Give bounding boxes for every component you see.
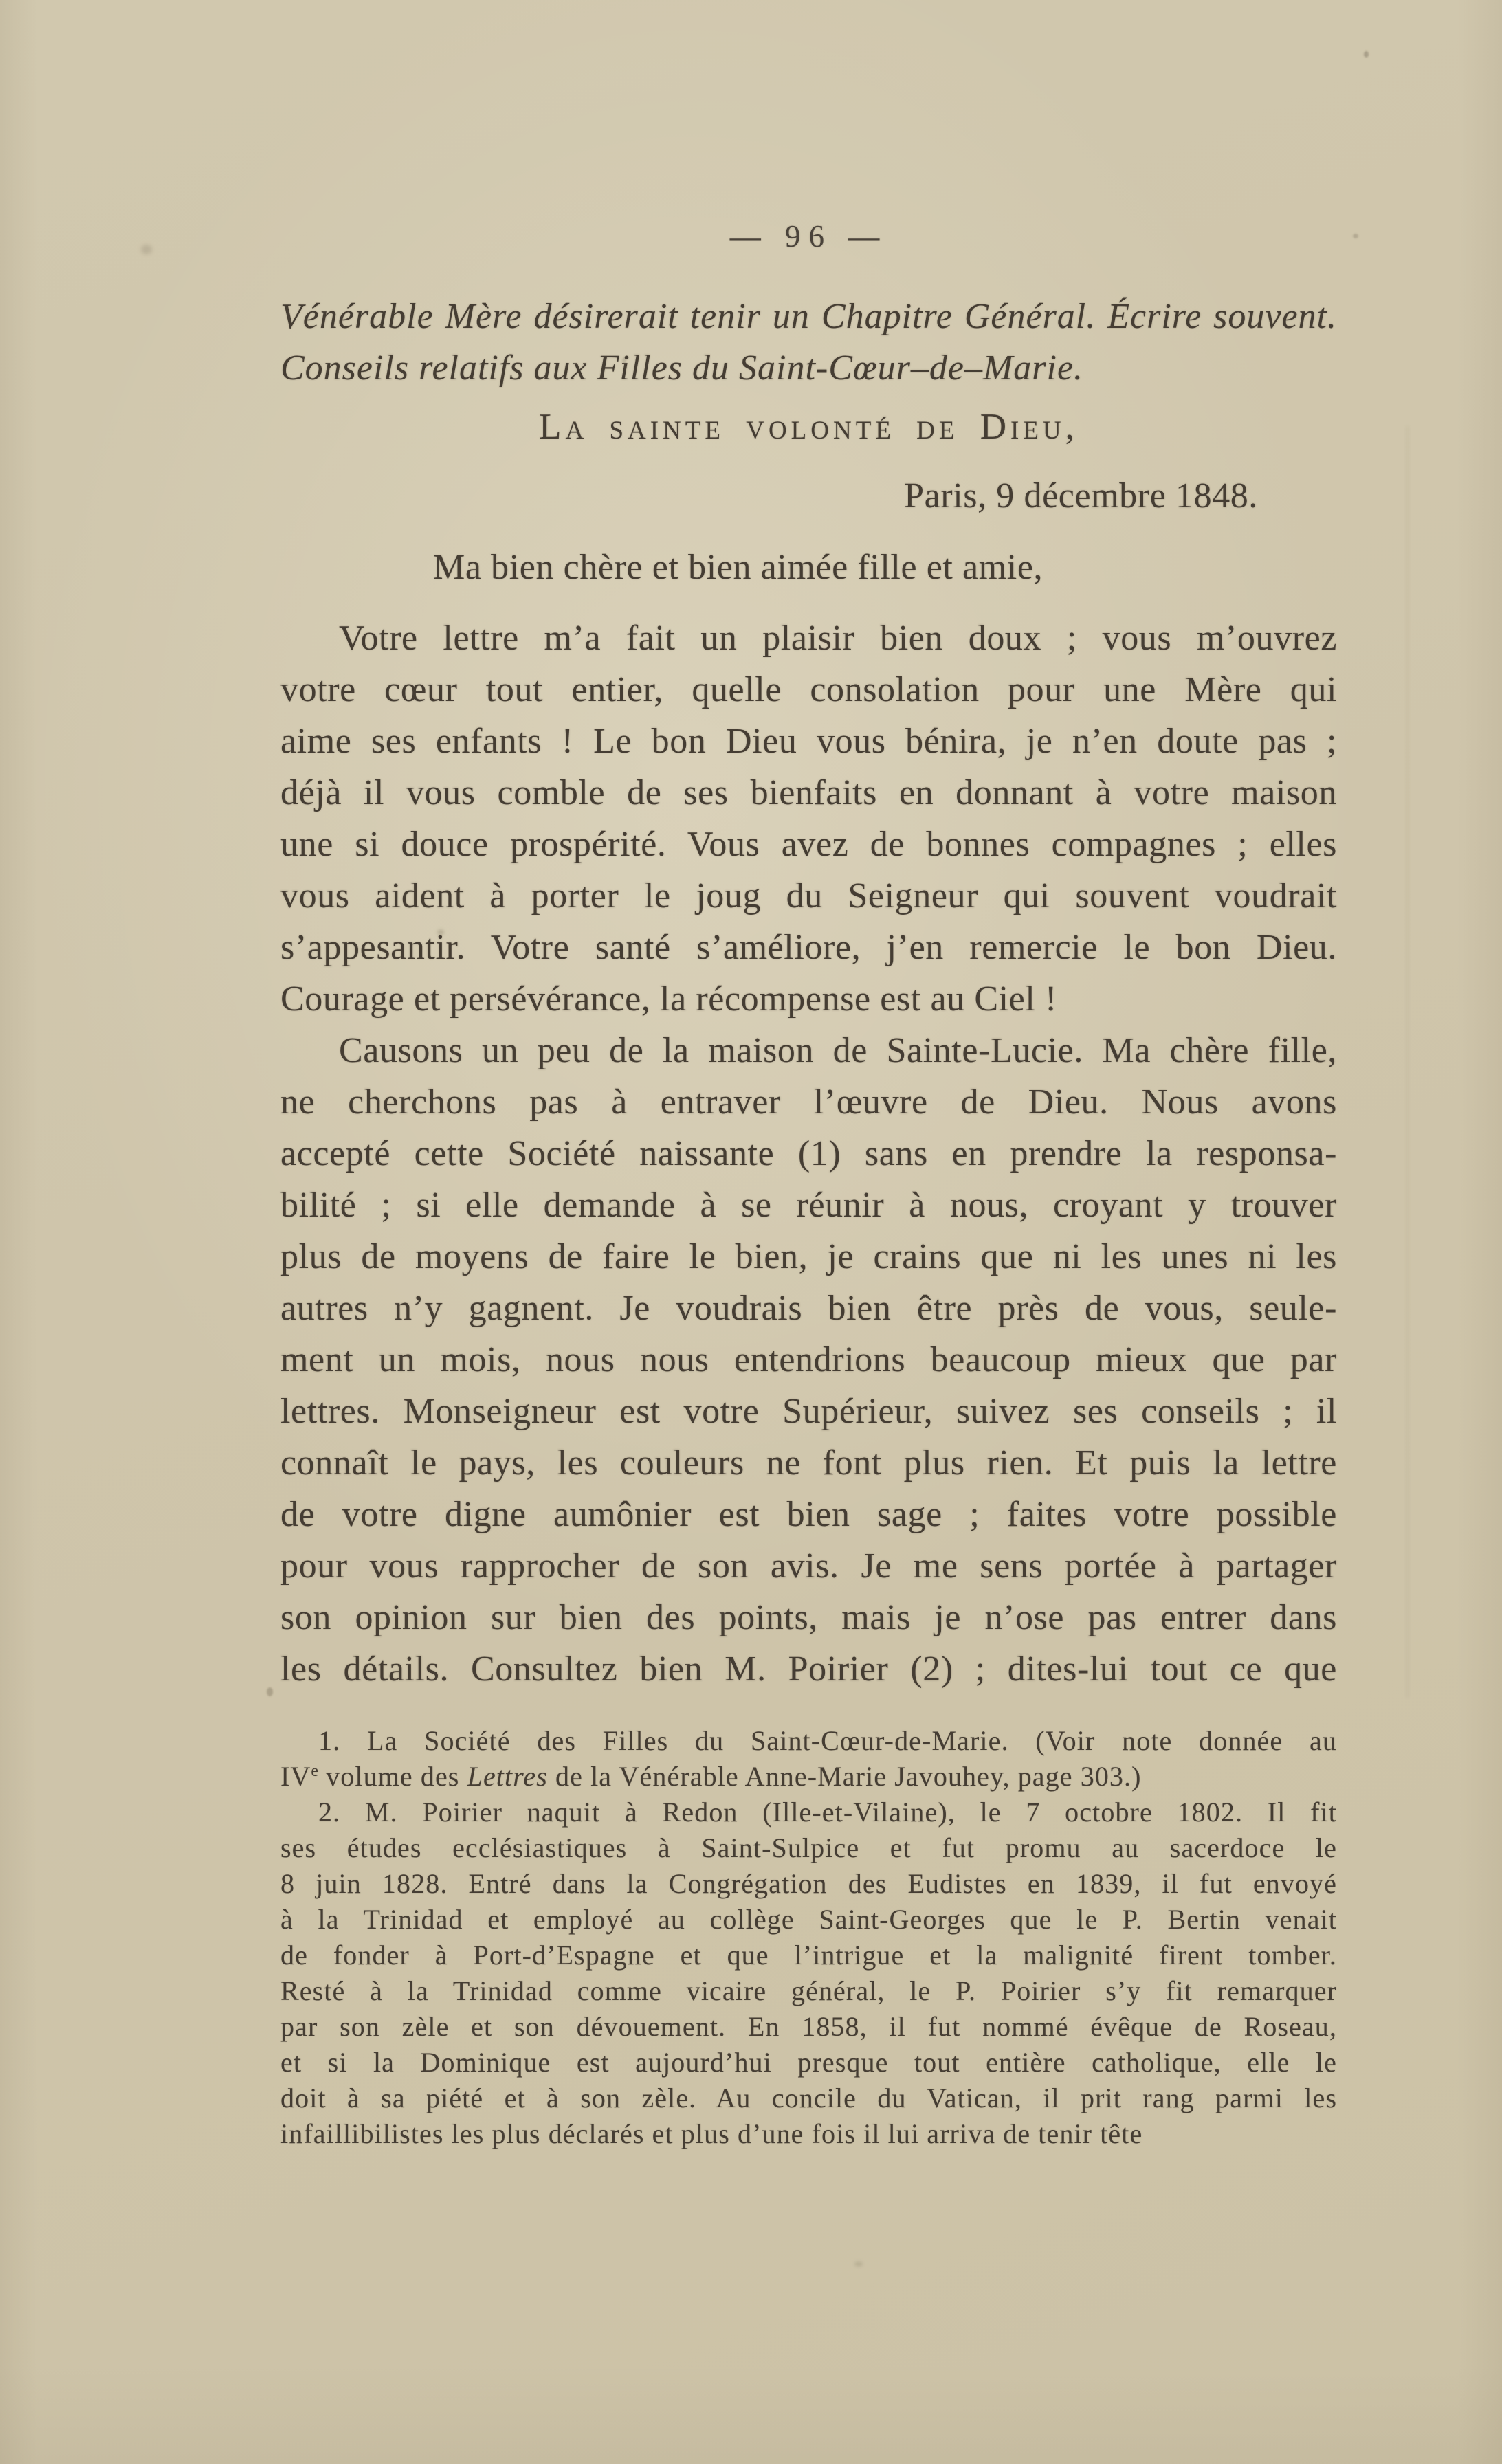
footnote-line: 8 juin 1828. Entré dans la Congrégation … <box>280 1866 1337 1902</box>
body-line: Causons un peu de la maison de Sainte-Lu… <box>280 1025 1337 1076</box>
footnote-line: à la Trinidad et employé au collège Sain… <box>280 1902 1337 1938</box>
letter-summary-headnote: Vénérable Mère désirerait tenir un Chapi… <box>280 291 1337 394</box>
body-line: plus de moyens de faire le bien, je crai… <box>280 1231 1337 1283</box>
body-line: ment un mois, nous nous entendrions beau… <box>280 1334 1337 1386</box>
book-title-italic: Lettres <box>467 1761 548 1792</box>
letter-title: La sainte volonté de Dieu, <box>280 406 1337 448</box>
footnote-line: Resté à la Trinidad comme vicaire généra… <box>280 1973 1337 2009</box>
body-line: de votre digne aumônier est bien sage ; … <box>280 1489 1337 1540</box>
footnote-text: volume des <box>318 1761 467 1792</box>
footnote-line: infaillibilistes les plus déclarés et pl… <box>280 2116 1337 2152</box>
footnote-text: de la Vénérable Anne-Marie Javouhey, pag… <box>548 1761 1142 1792</box>
body-line: Votre lettre m’a fait un plaisir bien do… <box>280 612 1337 664</box>
ordinal-superscript: e <box>311 1762 318 1780</box>
footnote-line: 1. La Société des Filles du Saint-Cœur-d… <box>280 1723 1337 1759</box>
paper-speck <box>267 1687 273 1696</box>
salutation: Ma bien chère et bien aimée fille et ami… <box>280 542 1337 593</box>
paper-crease <box>1406 426 1409 1698</box>
body-line: aime ses enfants ! Le bon Dieu vous béni… <box>280 715 1337 767</box>
body-line: ne cherchons pas à entraver l’œuvre de D… <box>280 1076 1337 1128</box>
footnote-line: doit à sa piété et à son zèle. Au concil… <box>280 2080 1337 2116</box>
footnote-line: ses études ecclésiastiques à Saint-Sulpi… <box>280 1830 1337 1866</box>
footnote-1: 1. La Société des Filles du Saint-Cœur-d… <box>280 1723 1337 1795</box>
body-line: son opinion sur bien des points, mais je… <box>280 1592 1337 1643</box>
page-number: — 96 — <box>280 219 1337 254</box>
paper-speck <box>141 245 152 254</box>
paragraph: Votre lettre m’a fait un plaisir bien do… <box>280 612 1337 1025</box>
footnote-line: de fonder à Port-d’Espagne et que l’intr… <box>280 1938 1337 1973</box>
body-line: vous aident à porter le joug du Seigneur… <box>280 870 1337 922</box>
body-line: les détails. Consultez bien M. Poirier (… <box>280 1643 1337 1695</box>
body-line: bilité ; si elle demande à se réunir à n… <box>280 1179 1337 1231</box>
footnote-2: 2. M. Poirier naquit à Redon (Ille-et-Vi… <box>280 1795 1337 2152</box>
paper-speck <box>1353 234 1358 238</box>
footnote-line: IVe volume des Lettres de la Vénérable A… <box>280 1759 1337 1795</box>
footnote-line: et si la Dominique est aujourd’hui presq… <box>280 2045 1337 2080</box>
dateline: Paris, 9 décembre 1848. <box>280 470 1337 522</box>
body-line: votre cœur tout entier, quelle consolati… <box>280 664 1337 715</box>
footnote-line: 2. M. Poirier naquit à Redon (Ille-et-Vi… <box>280 1795 1337 1830</box>
scanned-book-page: — 96 — Vénérable Mère désirerait tenir u… <box>0 0 1502 2464</box>
body-line: Courage et persévérance, la récompense e… <box>280 973 1337 1025</box>
body-line: une si douce prospérité. Vous avez de bo… <box>280 819 1337 870</box>
body-line: lettres. Monseigneur est votre Supérieur… <box>280 1386 1337 1437</box>
body-line: accepté cette Société naissante (1) sans… <box>280 1128 1337 1179</box>
footnote-line: par son zèle et son dévouement. En 1858,… <box>280 2009 1337 2045</box>
letter-body: Votre lettre m’a fait un plaisir bien do… <box>280 612 1337 1695</box>
body-line: déjà il vous comble de ses bienfaits en … <box>280 767 1337 819</box>
headnote-line: Vénérable Mère désirerait tenir un Chapi… <box>280 291 1337 342</box>
body-line: autres n’y gagnent. Je voudrais bien êtr… <box>280 1283 1337 1334</box>
footnote-text: IV <box>280 1761 311 1792</box>
body-line: pour vous rapprocher de son avis. Je me … <box>280 1540 1337 1592</box>
paragraph: Causons un peu de la maison de Sainte-Lu… <box>280 1025 1337 1695</box>
body-line: s’appesantir. Votre santé s’améliore, j’… <box>280 922 1337 973</box>
paper-speck <box>854 2261 863 2267</box>
body-line: connaît le pays, les couleurs ne font pl… <box>280 1437 1337 1489</box>
headnote-line: Conseils relatifs aux Filles du Saint-Cœ… <box>280 342 1337 394</box>
paper-speck <box>1364 51 1369 58</box>
